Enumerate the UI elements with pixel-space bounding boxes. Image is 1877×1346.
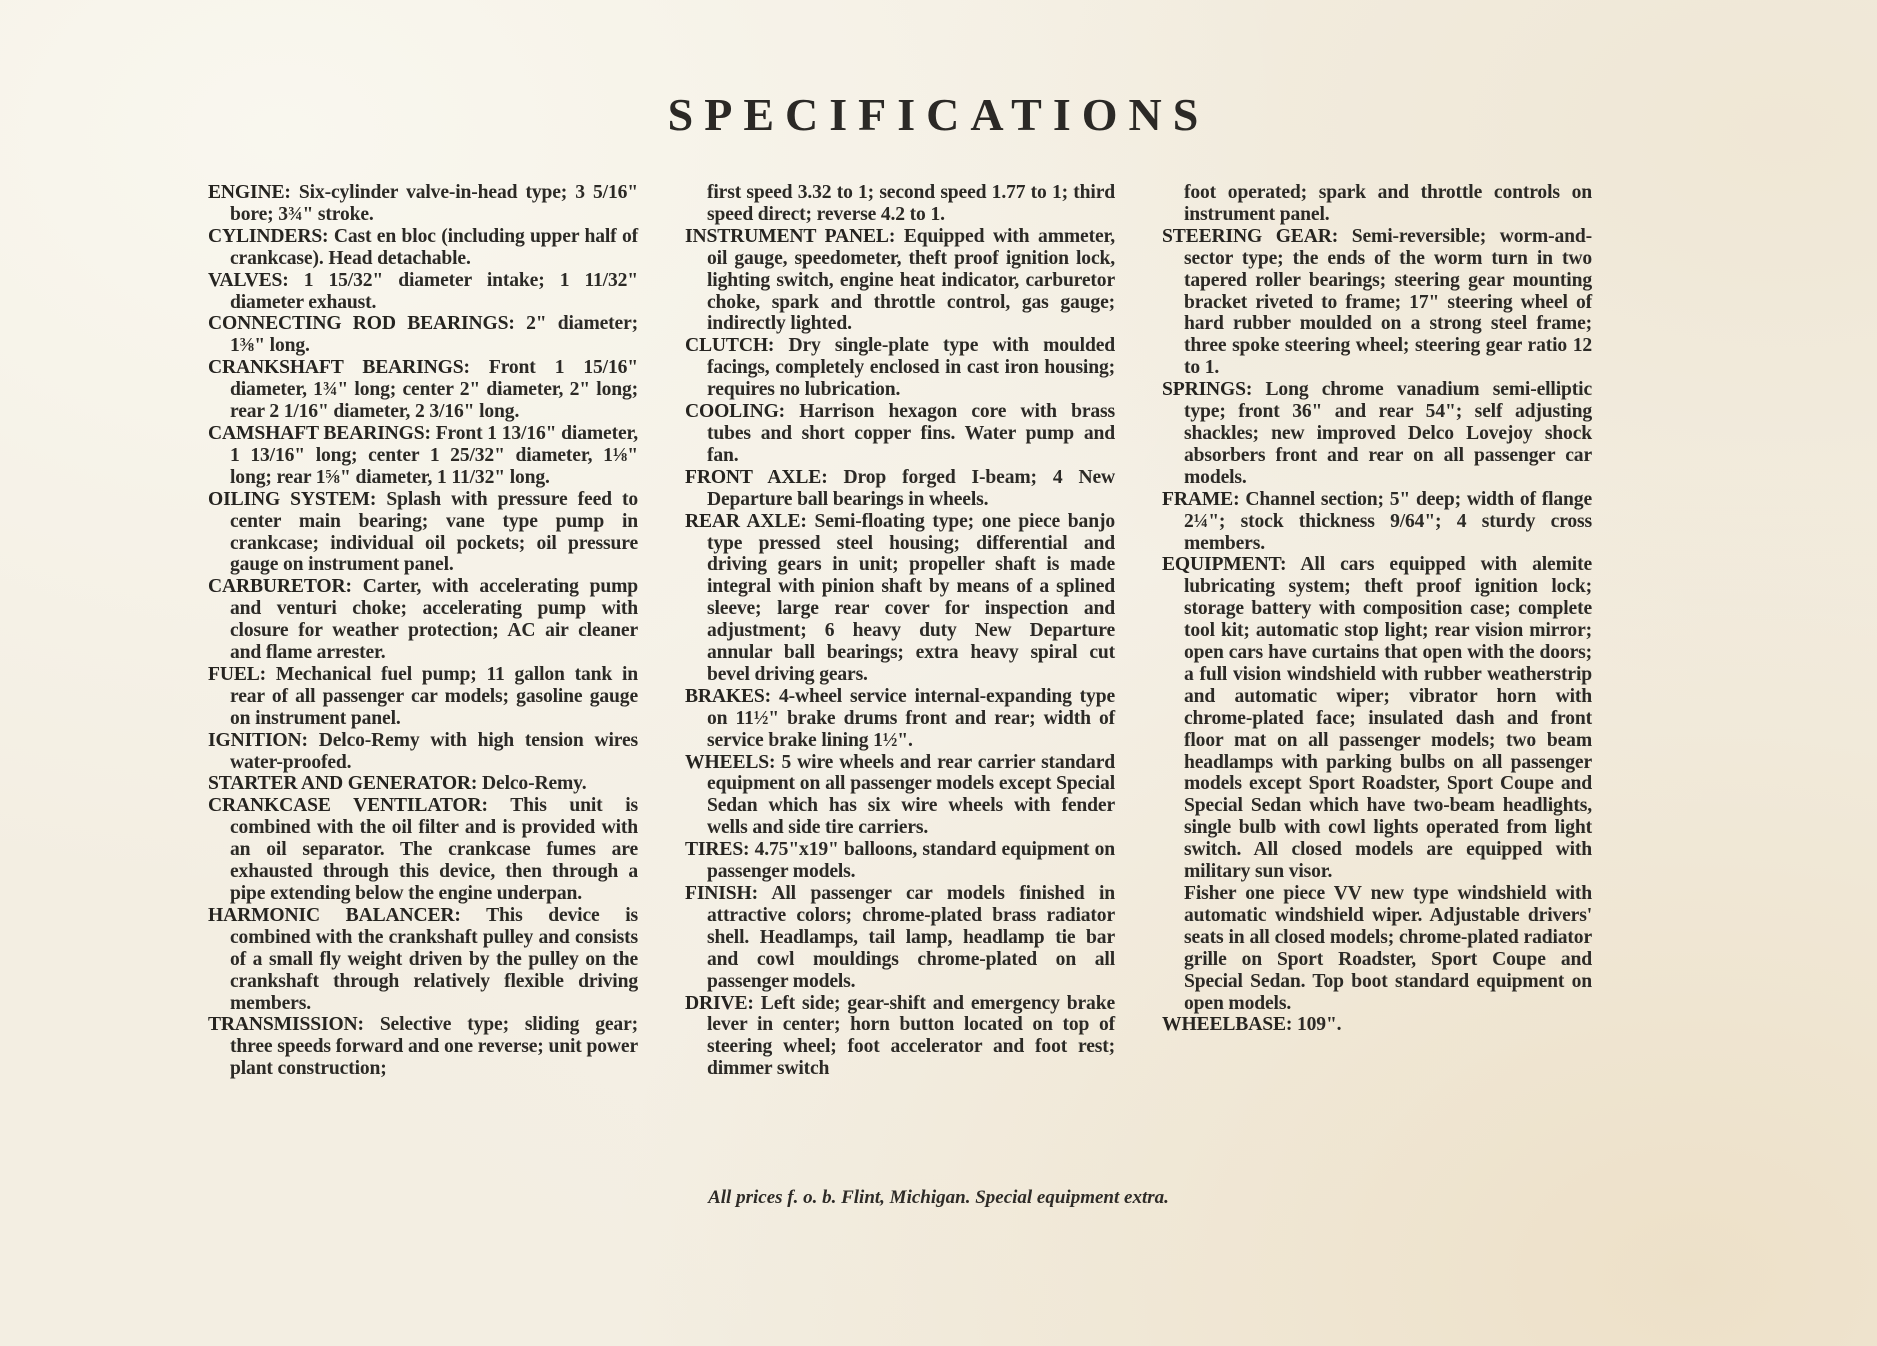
spec-engine: ENGINE: Six-cylinder valve-in-head type;… [208, 182, 638, 226]
spec-starter-generator: STARTER AND GENERATOR: Delco-Remy. [208, 773, 638, 795]
spec-label: STARTER AND GENERATOR: [208, 773, 477, 794]
price-footnote: All prices f. o. b. Flint, Michigan. Spe… [0, 1187, 1877, 1209]
spec-column-1: ENGINE: Six-cylinder valve-in-head type;… [208, 182, 638, 1080]
spec-column-2: first speed 3.32 to 1; second speed 1.77… [685, 182, 1115, 1080]
spec-label: FINISH: [685, 883, 758, 904]
spec-text: Delco-Remy. [477, 773, 586, 794]
spec-label: OILING SYSTEM: [208, 489, 376, 510]
spec-crankcase-ventilator: CRANKCASE VENTILATOR: This unit is combi… [208, 795, 638, 905]
spec-text: All passenger car models finished in att… [707, 883, 1115, 992]
spec-drive: DRIVE: Left side; gear-shift and emergen… [685, 993, 1115, 1081]
spec-crankshaft-bearings: CRANKSHAFT BEARINGS: Front 1 15/16" diam… [208, 357, 638, 423]
spec-text: 109". [1292, 1014, 1341, 1035]
spec-fuel: FUEL: Mechanical fuel pump; 11 gallon ta… [208, 664, 638, 730]
spec-label: CARBURETOR: [208, 576, 352, 597]
spec-equipment: EQUIPMENT: All cars equipped with alemit… [1162, 554, 1592, 883]
spec-columns: ENGINE: Six-cylinder valve-in-head type;… [208, 182, 1592, 1080]
spec-label: TRANSMISSION: [208, 1014, 364, 1035]
spec-label: CAMSHAFT BEARINGS: [208, 423, 431, 444]
spec-label: EQUIPMENT: [1162, 554, 1286, 575]
page-title: SPECIFICATIONS [0, 88, 1877, 141]
spec-label: REAR AXLE: [685, 511, 807, 532]
spec-column-3: foot operated; spark and throttle contro… [1162, 182, 1592, 1080]
spec-equipment-additional: Fisher one piece VV new type windshield … [1162, 883, 1592, 1014]
spec-label: VALVES: [208, 270, 289, 291]
spec-label: CYLINDERS: [208, 226, 328, 247]
spec-front-axle: FRONT AXLE: Drop forged I-beam; 4 New De… [685, 467, 1115, 511]
spec-label: SPRINGS: [1162, 379, 1252, 400]
spec-label: CRANKSHAFT BEARINGS: [208, 357, 470, 378]
spec-text: Six-cylinder valve-in-head type; 3 5/16"… [230, 182, 638, 225]
spec-text: foot operated; spark and throttle contro… [1184, 182, 1592, 225]
spec-label: CRANKCASE VENTILATOR: [208, 795, 488, 816]
spec-label: HARMONIC BALANCER: [208, 905, 461, 926]
spec-text: Semi-reversible; worm-and-sector type; t… [1184, 226, 1592, 378]
spec-finish: FINISH: All passenger car models finishe… [685, 883, 1115, 993]
spec-text: Left side; gear-shift and emergency brak… [707, 993, 1115, 1080]
spec-instrument-panel: INSTRUMENT PANEL: Equipped with ammeter,… [685, 226, 1115, 336]
spec-harmonic-balancer: HARMONIC BALANCER: This device is combin… [208, 905, 638, 1015]
spec-text: Mechanical fuel pump; 11 gallon tank in … [230, 664, 638, 729]
spec-label: STEERING GEAR: [1162, 226, 1338, 247]
spec-label: FRONT AXLE: [685, 467, 828, 488]
spec-ignition: IGNITION: Delco-Remy with high tension w… [208, 730, 638, 774]
spec-tires: TIRES: 4.75"x19" balloons, standard equi… [685, 839, 1115, 883]
spec-text: 1 15/32" diameter intake; 1 11/32" diame… [230, 270, 638, 313]
spec-text: 4.75"x19" balloons, standard equipment o… [707, 839, 1115, 882]
spec-text: All cars equipped with alemite lubricati… [1184, 554, 1592, 882]
spec-text: Channel section; 5" deep; width of flang… [1184, 489, 1592, 554]
spec-frame: FRAME: Channel section; 5" deep; width o… [1162, 489, 1592, 555]
spec-steering-gear: STEERING GEAR: Semi-reversible; worm-and… [1162, 226, 1592, 379]
spec-label: ENGINE: [208, 182, 291, 203]
spec-text: Semi-floating type; one piece banjo type… [707, 511, 1115, 685]
spec-wheelbase: WHEELBASE: 109". [1162, 1014, 1592, 1036]
spec-springs: SPRINGS: Long chrome vanadium semi-ellip… [1162, 379, 1592, 489]
spec-carburetor: CARBURETOR: Carter, with accelerating pu… [208, 576, 638, 664]
spec-label: IGNITION: [208, 730, 308, 751]
spec-valves: VALVES: 1 15/32" diameter intake; 1 11/3… [208, 270, 638, 314]
spec-oiling-system: OILING SYSTEM: Splash with pressure feed… [208, 489, 638, 577]
spec-label: COOLING: [685, 401, 785, 422]
spec-label: CONNECTING ROD BEARINGS: [208, 313, 515, 334]
spec-text: Fisher one piece VV new type windshield … [1184, 883, 1592, 1014]
spec-label: FUEL: [208, 664, 266, 685]
spec-rear-axle: REAR AXLE: Semi-floating type; one piece… [685, 511, 1115, 686]
spec-label: DRIVE: [685, 993, 754, 1014]
spec-label: INSTRUMENT PANEL: [685, 226, 895, 247]
spec-camshaft-bearings: CAMSHAFT BEARINGS: Front 1 13/16" diamet… [208, 423, 638, 489]
spec-cooling: COOLING: Harrison hexagon core with bras… [685, 401, 1115, 467]
spec-connecting-rod-bearings: CONNECTING ROD BEARINGS: 2" diameter; 1⅜… [208, 313, 638, 357]
spec-label: FRAME: [1162, 489, 1239, 510]
spec-brakes: BRAKES: 4-wheel service internal-expandi… [685, 686, 1115, 752]
spec-label: BRAKES: [685, 686, 771, 707]
spec-wheels: WHEELS: 5 wire wheels and rear carrier s… [685, 752, 1115, 840]
spec-clutch: CLUTCH: Dry single-plate type with mould… [685, 335, 1115, 401]
spec-label: WHEELBASE: [1162, 1014, 1292, 1035]
spec-label: TIRES: [685, 839, 749, 860]
spec-label: WHEELS: [685, 752, 775, 773]
spec-drive-continued: foot operated; spark and throttle contro… [1162, 182, 1592, 226]
spec-text: first speed 3.32 to 1; second speed 1.77… [707, 182, 1115, 225]
spec-transmission: TRANSMISSION: Selective type; sliding ge… [208, 1014, 638, 1080]
spec-transmission-continued: first speed 3.32 to 1; second speed 1.77… [685, 182, 1115, 226]
spec-label: CLUTCH: [685, 335, 774, 356]
spec-cylinders: CYLINDERS: Cast en bloc (including upper… [208, 226, 638, 270]
